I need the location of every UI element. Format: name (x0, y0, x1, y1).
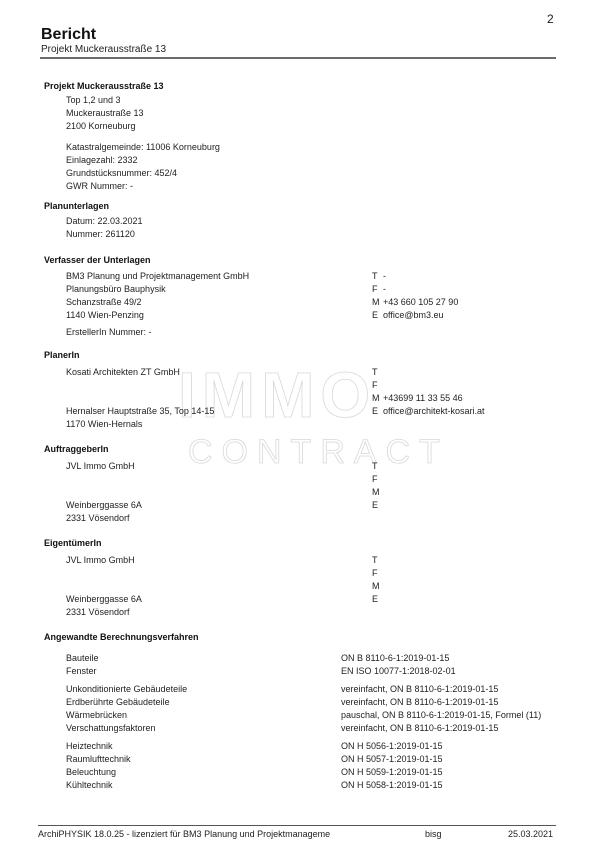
verfahren-label: Bauteile (66, 653, 99, 663)
section-heading-auftraggeber: AuftraggeberIn (44, 444, 109, 454)
verfasser-line: Planungsbüro Bauphysik (66, 284, 166, 294)
eigentuemer-contact-fax: F (372, 568, 383, 578)
contact-key: M (372, 297, 383, 307)
eigentuemer-address: 2331 Vösendorf (66, 607, 130, 617)
auftraggeber-name: JVL Immo GmbH (66, 461, 135, 471)
planer-address: Hernalser Hauptstraße 35, Top 14-15 (66, 406, 214, 416)
project-detail: GWR Nummer: - (66, 181, 133, 191)
project-line: Muckeraustraße 13 (66, 108, 144, 118)
verfasser-contact-email: Eoffice@bm3.eu (372, 310, 444, 320)
contact-key: F (372, 284, 383, 294)
auftraggeber-address: Weinberggasse 6A (66, 500, 142, 510)
contact-key: F (372, 568, 383, 578)
contact-key: T (372, 367, 383, 377)
footer-user: bisg (425, 829, 442, 839)
report-subtitle: Projekt Muckerausstraße 13 (41, 44, 166, 55)
eigentuemer-contact-mobile: M (372, 581, 383, 591)
eigentuemer-address: Weinberggasse 6A (66, 594, 142, 604)
verfasser-contact-fax: F- (372, 284, 386, 294)
verfasser-creator-number: ErstellerIn Nummer: - (66, 327, 152, 337)
auftraggeber-contact-mobile: M (372, 487, 383, 497)
watermark-immo: IMMO (178, 358, 376, 432)
project-line: 2100 Korneuburg (66, 121, 136, 131)
contact-key: E (372, 594, 383, 604)
contact-value: +43699 11 33 55 46 (383, 393, 463, 403)
planer-contact-email: Eoffice@architekt-kosari.at (372, 406, 485, 416)
auftraggeber-address: 2331 Vösendorf (66, 513, 130, 523)
contact-key: F (372, 474, 383, 484)
section-heading-verfasser: Verfasser der Unterlagen (44, 255, 151, 265)
verfahren-label: Fenster (66, 666, 97, 676)
project-detail: Grundstücksnummer: 452/4 (66, 168, 177, 178)
planer-contact-phone: T (372, 367, 383, 377)
verfasser-contact-phone: T- (372, 271, 386, 281)
verfasser-line: BM3 Planung und Projektmanagement GmbH (66, 271, 249, 281)
contact-value: - (383, 271, 386, 281)
section-heading-project: Projekt Muckerausstraße 13 (44, 81, 164, 91)
planunterlagen-line: Nummer: 261120 (66, 229, 135, 239)
contact-key: E (372, 406, 383, 416)
verfahren-value: vereinfacht, ON B 8110-6-1:2019-01-15 (341, 723, 498, 733)
project-detail: Katastralgemeinde: 11006 Korneuburg (66, 142, 220, 152)
contact-key: M (372, 393, 383, 403)
project-detail: Einlagezahl: 2332 (66, 155, 138, 165)
planer-contact-fax: F (372, 380, 383, 390)
verfahren-label: Heiztechnik (66, 741, 113, 751)
verfasser-contact-mobile: M+43 660 105 27 90 (372, 297, 458, 307)
auftraggeber-contact-phone: T (372, 461, 383, 471)
contact-value: - (383, 284, 386, 294)
contact-key: F (372, 380, 383, 390)
verfahren-label: Wärmebrücken (66, 710, 127, 720)
eigentuemer-contact-phone: T (372, 555, 383, 565)
verfahren-value: ON H 5059-1:2019-01-15 (341, 767, 443, 777)
planer-address: 1170 Wien-Hernals (66, 419, 142, 429)
eigentuemer-contact-email: E (372, 594, 383, 604)
footer-date: 25.03.2021 (508, 829, 553, 839)
verfahren-value: ON H 5056-1:2019-01-15 (341, 741, 443, 751)
footer-divider (38, 825, 556, 826)
verfahren-value: vereinfacht, ON B 8110-6-1:2019-01-15 (341, 684, 498, 694)
contact-value[interactable]: office@bm3.eu (383, 310, 444, 320)
contact-key: M (372, 581, 383, 591)
report-title: Bericht (41, 26, 96, 44)
planer-contact-mobile: M+43699 11 33 55 46 (372, 393, 463, 403)
contact-value: +43 660 105 27 90 (383, 297, 458, 307)
planer-name: Kosati Architekten ZT GmbH (66, 367, 180, 377)
section-heading-planer: PlanerIn (44, 350, 80, 360)
verfahren-value: ON H 5058-1:2019-01-15 (341, 780, 443, 790)
contact-key: E (372, 500, 383, 510)
verfasser-line: Schanzstraße 49/2 (66, 297, 142, 307)
contact-key: M (372, 487, 383, 497)
contact-key: T (372, 271, 383, 281)
section-heading-verfahren: Angewandte Berechnungsverfahren (44, 632, 199, 642)
contact-key: T (372, 555, 383, 565)
verfahren-label: Kühltechnik (66, 780, 113, 790)
verfasser-line: 1140 Wien-Penzing (66, 310, 144, 320)
verfahren-value: EN ISO 10077-1:2018-02-01 (341, 666, 456, 676)
verfahren-value: ON B 8110-6-1:2019-01-15 (341, 653, 449, 663)
verfahren-label: Raumlufttechnik (66, 754, 131, 764)
verfahren-label: Erdberührte Gebäudeteile (66, 697, 170, 707)
footer-software-license: ArchiPHYSIK 18.0.25 - lizenziert für BM3… (38, 829, 338, 839)
header-divider (40, 57, 556, 59)
page-number: 2 (547, 12, 554, 26)
verfahren-label: Verschattungsfaktoren (66, 723, 156, 733)
section-heading-planunterlagen: Planunterlagen (44, 201, 109, 211)
planunterlagen-line: Datum: 22.03.2021 (66, 216, 143, 226)
contact-key: E (372, 310, 383, 320)
section-heading-eigentuemer: EigentümerIn (44, 538, 102, 548)
contact-key: T (372, 461, 383, 471)
verfahren-label: Unkonditionierte Gebäudeteile (66, 684, 187, 694)
contact-value[interactable]: office@architekt-kosari.at (383, 406, 485, 416)
eigentuemer-name: JVL Immo GmbH (66, 555, 135, 565)
verfahren-value: vereinfacht, ON B 8110-6-1:2019-01-15 (341, 697, 498, 707)
verfahren-label: Beleuchtung (66, 767, 116, 777)
auftraggeber-contact-fax: F (372, 474, 383, 484)
project-line: Top 1,2 und 3 (66, 95, 121, 105)
auftraggeber-contact-email: E (372, 500, 383, 510)
verfahren-value: ON H 5057-1:2019-01-15 (341, 754, 443, 764)
verfahren-value: pauschal, ON B 8110-6-1:2019-01-15, Form… (341, 710, 541, 720)
watermark-contract: CONTRACT (188, 433, 449, 472)
